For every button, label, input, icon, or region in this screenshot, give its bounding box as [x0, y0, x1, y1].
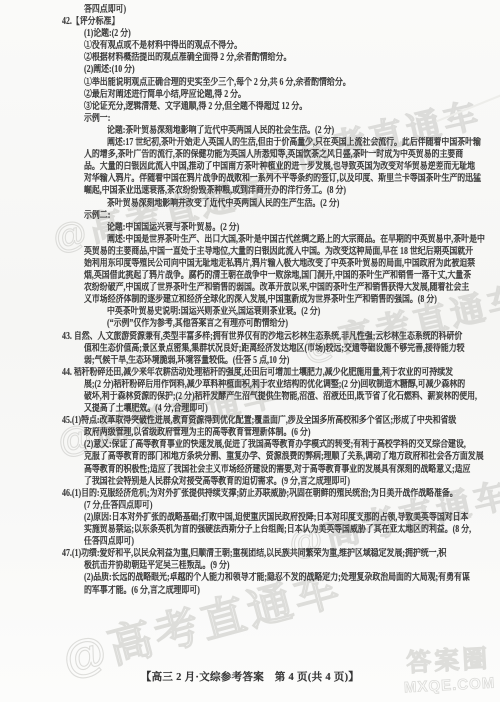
answer-line: 值和生态价值高;景区景点密集,集群状况良好;距离经济发达地区(市场)较远;交通等… [0, 343, 500, 355]
answer-line: ③论证充分,逻辑清楚、文字通顺,得 2 分,但全题不得超过 12 分。 [0, 101, 500, 113]
answer-line: 了我国社会特别是人民群众对接受高等教育的迫切需求。(9 分,言之成理即可) [0, 476, 500, 488]
answer-line: (1)论题:(2 分) [0, 28, 500, 40]
answer-line: (2)原因:日本对外扩张的战略基础;打败中国,迫使重庆国民政府投降;日本对印度支… [0, 512, 500, 524]
answer-line: 品。大量的白银因此流入中国,推动了中国南方茶叶种植业的进一步发展,也导致英国为改… [0, 161, 500, 173]
answer-line: 崛起,中国茶业迅速衰落,茶农纷纷毁茶种粮,或到洋商开办的洋行务工。(8 分) [0, 185, 500, 197]
answer-line: 的军事才能。(6 分,言之成理即可) [0, 585, 500, 597]
answer-line: 论题:中国国运兴衰与茶叶贸易。(2 分) [0, 222, 500, 234]
answer-line: 弱;气候干旱,生态环境脆弱,环境容量较低。(任答 5 点,10 分) [0, 355, 500, 367]
answer-line: 45.(1)特点:改革取得突破性进展,教育资源得到优化配置;覆盖面广,涉及全国多… [0, 415, 500, 427]
answer-line: 高等教育的积极性;适应了我国社会主义市场经济建设的需要,对于高等教育事业的发展具… [0, 464, 500, 476]
answer-line: 阐述:17 世纪初,茶叶开始走入英国人的生活,但由于价高量少,只在英国上流社会流… [0, 137, 500, 149]
answer-line: ①举出能说明观点正确合理的史实至少三个,每个 2 分,共 6 分,余者酌情给分。 [0, 77, 500, 89]
answer-line: 始利用东印度等殖民公司向中国无耻地走私鸦片,鸦片输入极大地改变了中英茶叶贸易的局… [0, 258, 500, 270]
answer-line: 义市场经济体制的逐步建立和经济全球化的深入发展,中国重新成为世界茶叶生产和销售的… [0, 294, 500, 306]
answer-line: 实施贸易禁运;以东条英机为首的强硬法西斯分子上台组阁;日本认为美英等国威胁了其在… [0, 524, 500, 536]
answer-line: (7 分,任答四点即可) [0, 500, 500, 512]
answer-line: 展;(2 分)秸秆粉碎后用作饲料,减少草料种植面积,利于农业结构的优化调整;(2… [0, 379, 500, 391]
answer-line: 44. 秸秆粉碎还田,减少来年农耕活动处理秸秆的强度,还田后可增加土壤肥力,减少… [0, 367, 500, 379]
answer-line: 42.【评分标准】 [0, 16, 500, 28]
answer-line: 答四点即可) [0, 4, 500, 16]
answer-site-logo: 答案圈 MXQE.COM [401, 639, 495, 697]
answer-line: 46.(1)目的:克服经济危机;为对外扩张提供持续支撑;防止苏联威胁;巩固在朝鲜… [0, 488, 500, 500]
answer-line: 对华输入鸦片。伴随着中国在鸦片战争的战败和一系列不平等条约的签订,以及印度、斯里… [0, 173, 500, 185]
answer-line: 克服了高等教育的部门和地方条块分割、重复办学、资源浪费的弊病;理顺了关系,调动了… [0, 451, 500, 463]
answer-line: 43. 自然、人文旅游资源兼有,类型丰富多样;拥有世界仅有的沙地云杉林生态系统,… [0, 331, 500, 343]
answer-line: 英贸易的主要商品,中国一直处于主导地位,大量的白银因此流入中国。为改变这种局面,… [0, 246, 500, 258]
page-footer: 【高三 2 月·文综参考答案 第 4 页(共 4 页)】 [0, 669, 500, 684]
scanned-answer-page: @高考直通车 @高考直通车 @高考直通车 @高考直通车 @高考直通车 @高考直通… [0, 0, 500, 702]
answer-key-text: 答四点即可)42.【评分标准】(1)论题:(2 分)①没有观点或不是材料中得出的… [0, 4, 500, 597]
answer-line: 示例二: [0, 210, 500, 222]
answer-line: (2)意义:保证了高等教育事业的快速发展,促进了我国高等教育办学模式的转变;有利… [0, 439, 500, 451]
answer-line: 极抗击并协助朝廷平定吴三桂叛乱。(9 分) [0, 560, 500, 572]
answer-line: ①没有观点或不是材料中得出的观点不得分。 [0, 40, 500, 52]
answer-line: 中英茶叶贸易史说明:国运兴则茶业兴,国运衰则茶业衰。(2 分) [0, 306, 500, 318]
answer-line: 阐述:中国是世界茶叶生产、出口大国,茶叶是中国古代丝绸之路上的大宗商品。在早期的… [0, 234, 500, 246]
answer-line: 论题:茶叶贸易深刻地影响了近代中英两国人民的社会生活。(2 分) [0, 125, 500, 137]
answer-line: 示例一: [0, 113, 500, 125]
answer-line: 破坏,利于森林资源的保护;(2 分)秸秆发酵产生沼气提供生物能,沼渣、沼液还田,… [0, 391, 500, 403]
answer-line: ②最后对阐述进行简单小结,呼应论题,得 2 分。 [0, 89, 500, 101]
answer-line: 茶叶贸易深刻地影响并改变了近代中英两国人民的生产生活。(2 分) [0, 198, 500, 210]
answer-line: 任答四点即可) [0, 536, 500, 548]
answer-line: 47.(1)功绩:爱好和平,以民众利益为重,归顺清王朝;重视团结,以民族共同繁荣… [0, 548, 500, 560]
answer-line: (2)品质:长远的战略眼光;卓越的个人能力和领导才能;隐忍不发的战略定力;处理复… [0, 572, 500, 584]
answer-line: 农纷纷破产,中国成了世界茶叶生产和销售的弱国。改革开放以来,中国的茶叶生产和销售… [0, 282, 500, 294]
answer-line: 政府两级管理,以省级政府管理为主的高等教育管理新体制。(6 分) [0, 427, 500, 439]
answer-line: (2)阐述:(10 分) [0, 64, 500, 76]
answer-line: ②根据材料概括提出的观点准确全面得 2 分,余者酌情给分。 [0, 52, 500, 64]
answer-line: 烟,英国借此挑起了鸦片战争。腐朽的清王朝在战争中一败涂地,国门洞开,中国的茶叶生… [0, 270, 500, 282]
answer-line: (“示例”仅作为参考,其他答案言之有理亦可酌情给分) [0, 318, 500, 330]
answer-line: 又提高了土壤肥效。(4 分,合理即可) [0, 403, 500, 415]
answer-line: 人的增多,茶叶广告的流行,茶的保健功能为英国人所悉知等,英国饮茶之风日盛,茶叶一… [0, 149, 500, 161]
